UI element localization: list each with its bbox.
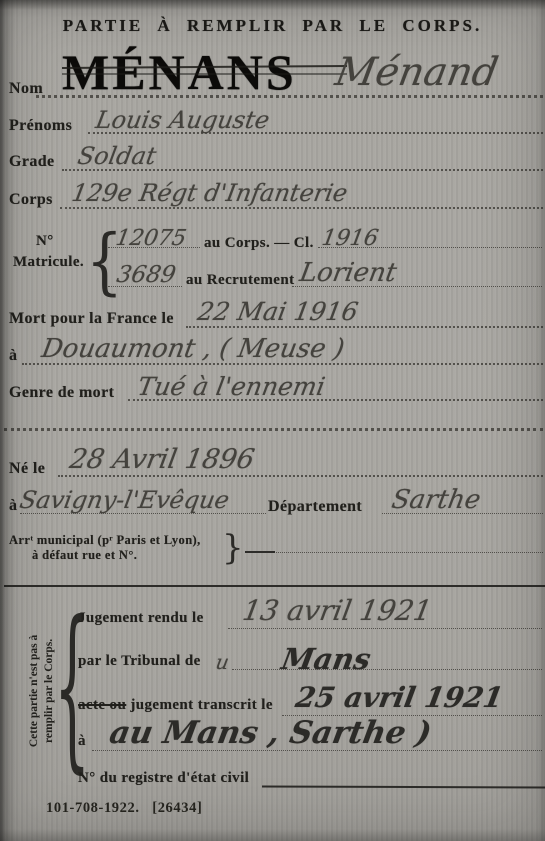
transcrit-struck-words: acte ou <box>78 697 126 713</box>
jugement-lieu-label: à <box>78 733 86 750</box>
jugement-brace: { <box>54 601 90 778</box>
arr-municipal-brace: } <box>222 531 244 565</box>
grade-value: Soldat <box>76 142 159 170</box>
au-corps-label: au Corps. — Cl. <box>204 235 314 252</box>
grade-line <box>62 169 543 171</box>
record-card: PARTIE À REMPLIR PAR LE CORPS. Nom MÉNAN… <box>0 0 545 841</box>
genre-mort-value: Tué à l'ennemi <box>135 372 327 401</box>
page-title: PARTIE À REMPLIR PAR LE CORPS. <box>0 16 545 36</box>
matricule-line1b <box>318 247 542 248</box>
corps-line <box>60 207 543 209</box>
corps-label: Corps <box>9 191 53 209</box>
jugement-lieu-value: au Mans , Sarthe ) <box>107 715 434 751</box>
matricule-numero-recrutement: 3689 <box>115 262 178 288</box>
lieu-mort-line <box>22 363 543 365</box>
naissance-line-a <box>20 513 266 514</box>
matricule-line1a <box>108 247 200 248</box>
arr-municipal-dash <box>245 551 275 553</box>
genre-mort-label: Genre de mort <box>9 384 114 402</box>
tribunal-particle: u <box>214 650 231 674</box>
matricule-recrutement: Lorient <box>297 258 399 288</box>
prenoms-label: Prénoms <box>9 117 72 135</box>
footer-imprint: 101-708-1922. [26434] <box>46 800 202 817</box>
bracket-number: [26434] <box>152 800 202 816</box>
jugement-rendu-line <box>228 628 542 629</box>
jugement-rendu-label: Jugement rendu le <box>78 610 204 627</box>
prenoms-value: Louis Auguste <box>94 106 272 134</box>
nom-line <box>36 95 543 98</box>
naissance-departement: Sarthe <box>389 485 483 515</box>
ne-le-label: Né le <box>9 460 45 478</box>
nom-handwritten-value: Ménand <box>332 50 501 95</box>
jugement-lieu-line <box>92 750 542 751</box>
mort-value: 22 Mai 1916 <box>195 297 360 326</box>
naissance-line-b <box>382 513 543 514</box>
nom-stamped-value: MÉNANS <box>62 47 297 97</box>
au-recrutement-label: au Recrutement <box>186 272 294 289</box>
nom-strike-line-2 <box>62 73 347 75</box>
arr-municipal-line <box>245 552 543 553</box>
mort-line <box>186 326 543 328</box>
imprint-number: 101-708-1922. <box>46 800 140 816</box>
naissance-date: 28 Avril 1896 <box>67 444 257 475</box>
departement-label: Département <box>268 498 362 516</box>
prenoms-line <box>88 132 543 134</box>
tribunal-value: Mans <box>279 642 373 676</box>
ne-le-line <box>58 475 543 477</box>
mort-label: Mort pour la France le <box>9 310 174 328</box>
transcrit-label-group: acte ou jugement transcrit le <box>78 697 273 714</box>
matricule-label-line2: Matricule. <box>13 254 84 271</box>
matricule-line2b <box>292 286 542 287</box>
matricule-line2a <box>108 286 182 287</box>
transcrit-label: jugement transcrit le <box>130 697 273 713</box>
naissance-a-label: à <box>9 497 17 515</box>
tribunal-line <box>232 669 542 670</box>
tribunal-label: par le Tribunal de <box>78 653 201 670</box>
registre-line <box>262 786 545 789</box>
genre-mort-line <box>128 399 543 401</box>
jugement-rendu-value: 13 avril 1921 <box>240 594 434 627</box>
lieu-mort-label: à <box>9 347 17 365</box>
transcrit-value: 25 avril 1921 <box>293 681 506 714</box>
side-note: Cette partie n'est pas à remplir par le … <box>27 616 57 766</box>
lieu-mort-value: Douaumont , ( Meuse ) <box>39 334 346 364</box>
corps-value: 129e Régt d'Infanterie <box>70 179 350 207</box>
arr-municipal-label-line2: à défaut rue et N°. <box>32 548 137 563</box>
grade-label: Grade <box>9 153 55 171</box>
naissance-commune: Savigny-l'Evêque <box>18 486 232 514</box>
arr-municipal-label-line1: Arrᵗ municipal (pʳ Paris et Lyon), <box>9 533 201 548</box>
matricule-label-line1: N° <box>36 233 54 250</box>
section-divider-dotted <box>4 428 543 431</box>
registre-label: N° du registre d'état civil <box>78 770 249 787</box>
